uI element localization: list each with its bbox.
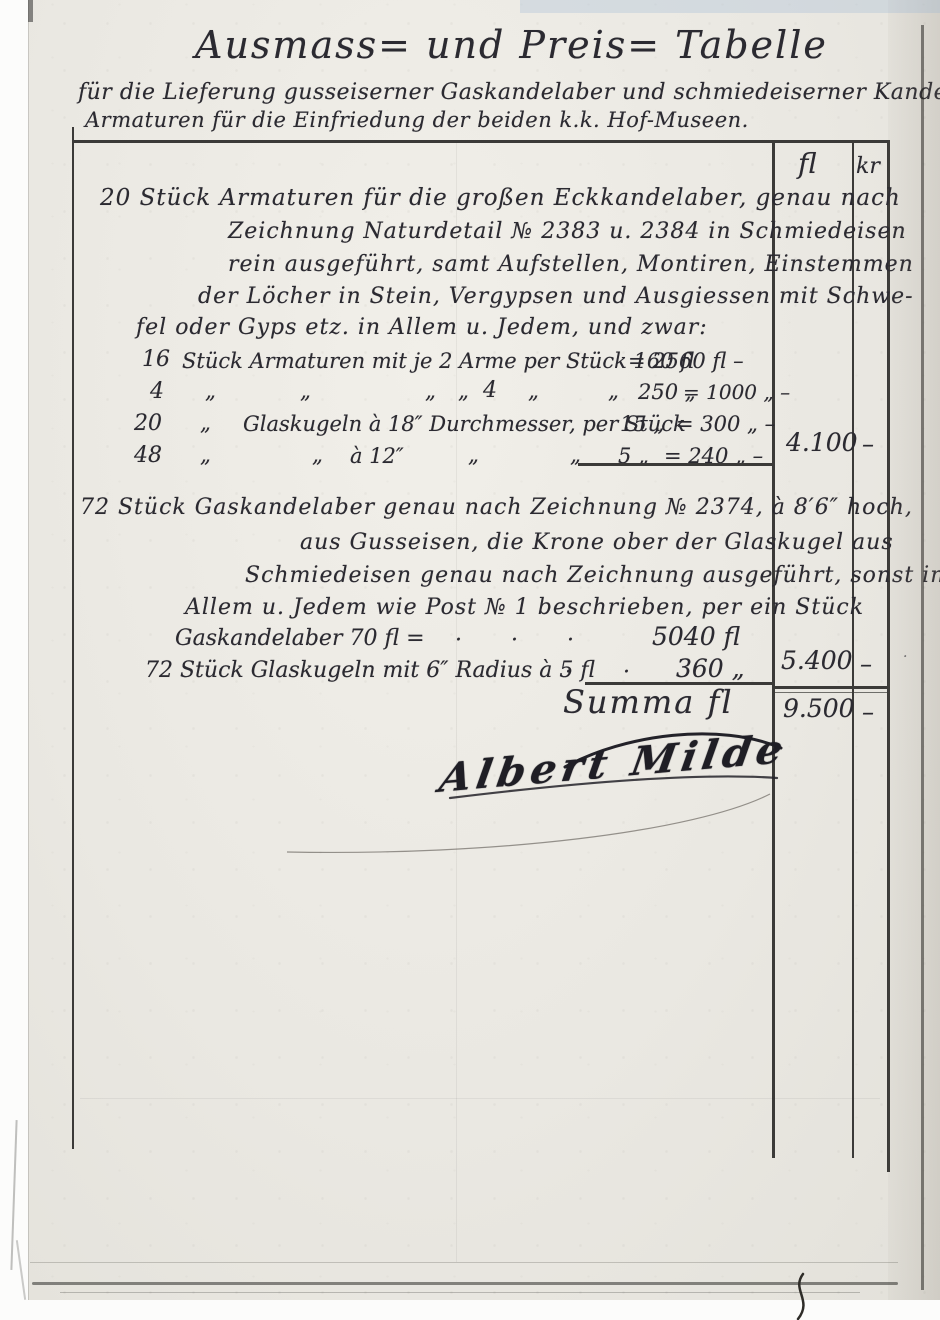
post1-sum-underline [578, 463, 772, 466]
paper-crease-horizontal [80, 1098, 880, 1099]
total-column-rule-2 [775, 692, 888, 693]
paper-crease-vertical [456, 142, 457, 1262]
page-bottom-edge-3 [60, 1292, 860, 1293]
post1-row-amount: = 300 „ – [676, 414, 775, 435]
post1-total-kr: – [862, 432, 874, 456]
page-edge-right-line [921, 25, 924, 1290]
post1-row-qty: 16 [142, 349, 170, 371]
post2-line-label: Gaskandelaber 70 fl = [175, 628, 425, 650]
post2-desc-line: 72 Stück Gaskandelaber genau nach Zeichn… [80, 497, 913, 519]
column-header-fl: fl [798, 150, 817, 178]
post1-desc-line: 20 Stück Armaturen für die großen Eckkan… [100, 187, 901, 210]
post1-desc-line: Zeichnung Naturdetail № 2383 u. 2384 in … [228, 221, 907, 243]
page-title: Ausmass= und Preis= Tabelle [195, 26, 828, 64]
binding-thread [778, 1272, 823, 1320]
ditto-mark: „ [425, 381, 436, 402]
ditto-mark: „ [200, 445, 211, 466]
post1-desc-line: der Löcher in Stein, Vergypsen und Ausgi… [198, 286, 914, 308]
table-border-top [72, 140, 890, 143]
post2-total-kr: – [860, 652, 872, 676]
post2-desc-line: Allem u. Jedem wie Post № 1 beschrieben,… [185, 597, 864, 619]
post1-row-amount: = 2560 fl – [628, 351, 744, 372]
subtitle-line1: für die Lieferung gusseiserner Gaskandel… [78, 82, 940, 104]
ditto-mark: „ [300, 381, 311, 402]
page-margin-left [0, 0, 28, 1320]
page-edge-left-line [28, 0, 29, 1302]
ditto-mark: „ [458, 381, 469, 402]
post2-line-amount: 360 „ [676, 656, 745, 681]
page-bottom-edge-1 [30, 1262, 898, 1263]
signature-block: Albert Milde [265, 722, 795, 877]
page-bottom-edge-2 [32, 1282, 898, 1285]
post1-desc-line: fel oder Gyps etz. in Allem u. Jedem, un… [136, 317, 708, 339]
page-edge-right-shadow [888, 0, 940, 1320]
post2-desc-line: aus Gusseisen, die Krone ober der Glasku… [300, 532, 894, 554]
post1-row-body: Stück Armaturen mit je 2 Arme per Stück … [182, 351, 694, 372]
ditto-mark: „ [468, 445, 479, 466]
leader-dots: · · [565, 662, 632, 684]
stray-ink-mark: · [903, 650, 907, 664]
post1-row-amount: = 1000 „ – [683, 382, 790, 402]
post1-desc-line: rein ausgeführt, samt Aufstellen, Montir… [228, 254, 914, 276]
ditto-mark: „ [528, 381, 539, 402]
post2-line-amount: 5040 fl [652, 624, 740, 649]
leader-dots: · · · [455, 630, 576, 652]
post2-total-fl: 5.400 [781, 648, 853, 673]
post2-desc-line: Schmiedeisen genau nach Zeichnung ausgef… [245, 565, 940, 587]
post1-row-qty: 4 [150, 381, 164, 403]
summary-total-kr: – [862, 700, 874, 724]
post1-row-qty: 48 [134, 445, 162, 467]
post1-total-fl: 4.100 [786, 430, 858, 455]
post1-row-body: à 12″ [350, 446, 404, 467]
scanner-edge-tint [520, 0, 940, 13]
scanned-document-page: Ausmass= und Preis= Tabelle für die Lief… [0, 0, 940, 1320]
post1-row-qty: 4 [483, 380, 497, 402]
ditto-mark: „ [608, 381, 619, 402]
summary-total-fl: 9.500 [783, 696, 855, 721]
ditto-mark: „ [200, 413, 211, 434]
post1-row-qty: 20 [134, 413, 162, 435]
subtitle-line2: Armaturen für die Einfriedung der beiden… [85, 110, 749, 131]
page-corner-nick [28, 0, 33, 22]
column-header-kr: kr [856, 156, 880, 178]
ditto-mark: „ [312, 445, 323, 466]
summary-label: Summa fl [563, 686, 734, 718]
post1-row-price: 15 „ [620, 414, 664, 435]
post2-line-label: 72 Stück Glaskugeln mit 6″ Radius à 5 fl [145, 660, 595, 682]
total-column-rule-1 [775, 686, 888, 689]
ditto-mark: „ [205, 381, 216, 402]
table-border-left [72, 127, 74, 1149]
